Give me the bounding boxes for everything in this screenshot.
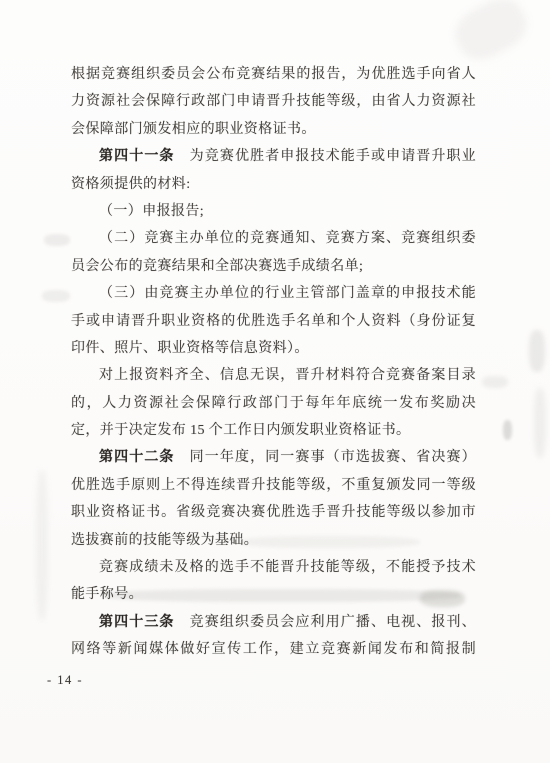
scan-smudge bbox=[36, 470, 48, 620]
scan-smudge bbox=[534, 388, 546, 458]
document-line: 优胜选手原则上不得连续晋升技能等级，不重复颁发同一等级 bbox=[71, 472, 476, 499]
document-line: 选拔赛前的技能等级为基础。 bbox=[71, 527, 476, 554]
scan-smudge bbox=[44, 234, 70, 246]
article-heading: 第四十一条 bbox=[99, 149, 175, 164]
page-number: - 14 - bbox=[47, 673, 83, 688]
document-line: 员会公布的竞赛结果和全部决赛选手成绩名单; bbox=[71, 253, 476, 280]
document-line: 职业资格证书。省级竞赛决赛优胜选手晋升技能等级以参加市 bbox=[71, 499, 476, 526]
document-body: 根据竞赛组织委员会公布竞赛结果的报告，为优胜选手向省人力资源社会保障行政部门申请… bbox=[71, 61, 476, 664]
scan-smudge bbox=[482, 376, 508, 388]
scan-smudge bbox=[447, 0, 534, 68]
document-line: 印件、照片、职业资格等信息资料）。 bbox=[71, 335, 476, 362]
article-heading: 第四十三条 bbox=[99, 615, 175, 630]
document-line: （一）申报报告; bbox=[71, 198, 476, 225]
document-line: 网络等新闻媒体做好宣传工作，建立竞赛新闻发布和简报制 bbox=[71, 636, 476, 663]
document-line: （三）由竞赛主办单位的行业主管部门盖章的申报技术能 bbox=[71, 280, 476, 307]
document-line: 对上报资料齐全、信息无误，晋升材料符合竞赛备案目录 bbox=[71, 362, 476, 389]
document-line: 第四十一条 为竞赛优胜者申报技术能手或申请晋升职业 bbox=[71, 143, 476, 170]
article-heading: 第四十二条 bbox=[99, 450, 175, 465]
scan-smudge bbox=[503, 420, 512, 440]
scan-smudge bbox=[529, 330, 545, 372]
document-line: 会保障部门颁发相应的职业资格证书。 bbox=[71, 116, 476, 143]
document-line: 资格须提供的材料: bbox=[71, 171, 476, 198]
document-line: 根据竞赛组织委员会公布竞赛结果的报告，为优胜选手向省人 bbox=[71, 61, 476, 88]
document-line: 第四十二条 同一年度，同一赛事（市选拔赛、省决赛） bbox=[71, 444, 476, 471]
document-line: 第四十三条 竞赛组织委员会应利用广播、电视、报刊、 bbox=[71, 609, 476, 636]
document-line: 定，并于决定发布 15 个工作日内颁发职业资格证书。 bbox=[71, 417, 476, 444]
document-line: 力资源社会保障行政部门申请晋升技能等级，由省人力资源社 bbox=[71, 88, 476, 115]
document-line: 手或申请晋升职业资格的优胜选手名单和个人资料（身份证复 bbox=[71, 308, 476, 335]
document-line: 的，人力资源社会保障行政部门于每年年底统一发布奖励决 bbox=[71, 390, 476, 417]
document-line: 竞赛成绩未及格的选手不能晋升技能等级，不能授予技术 bbox=[71, 554, 476, 581]
scanned-document-page: 根据竞赛组织委员会公布竞赛结果的报告，为优胜选手向省人力资源社会保障行政部门申请… bbox=[0, 0, 550, 763]
document-line: 能手称号。 bbox=[71, 581, 476, 608]
scan-smudge bbox=[42, 290, 70, 302]
document-line: （二）竞赛主办单位的竞赛通知、竞赛方案、竞赛组织委 bbox=[71, 225, 476, 252]
